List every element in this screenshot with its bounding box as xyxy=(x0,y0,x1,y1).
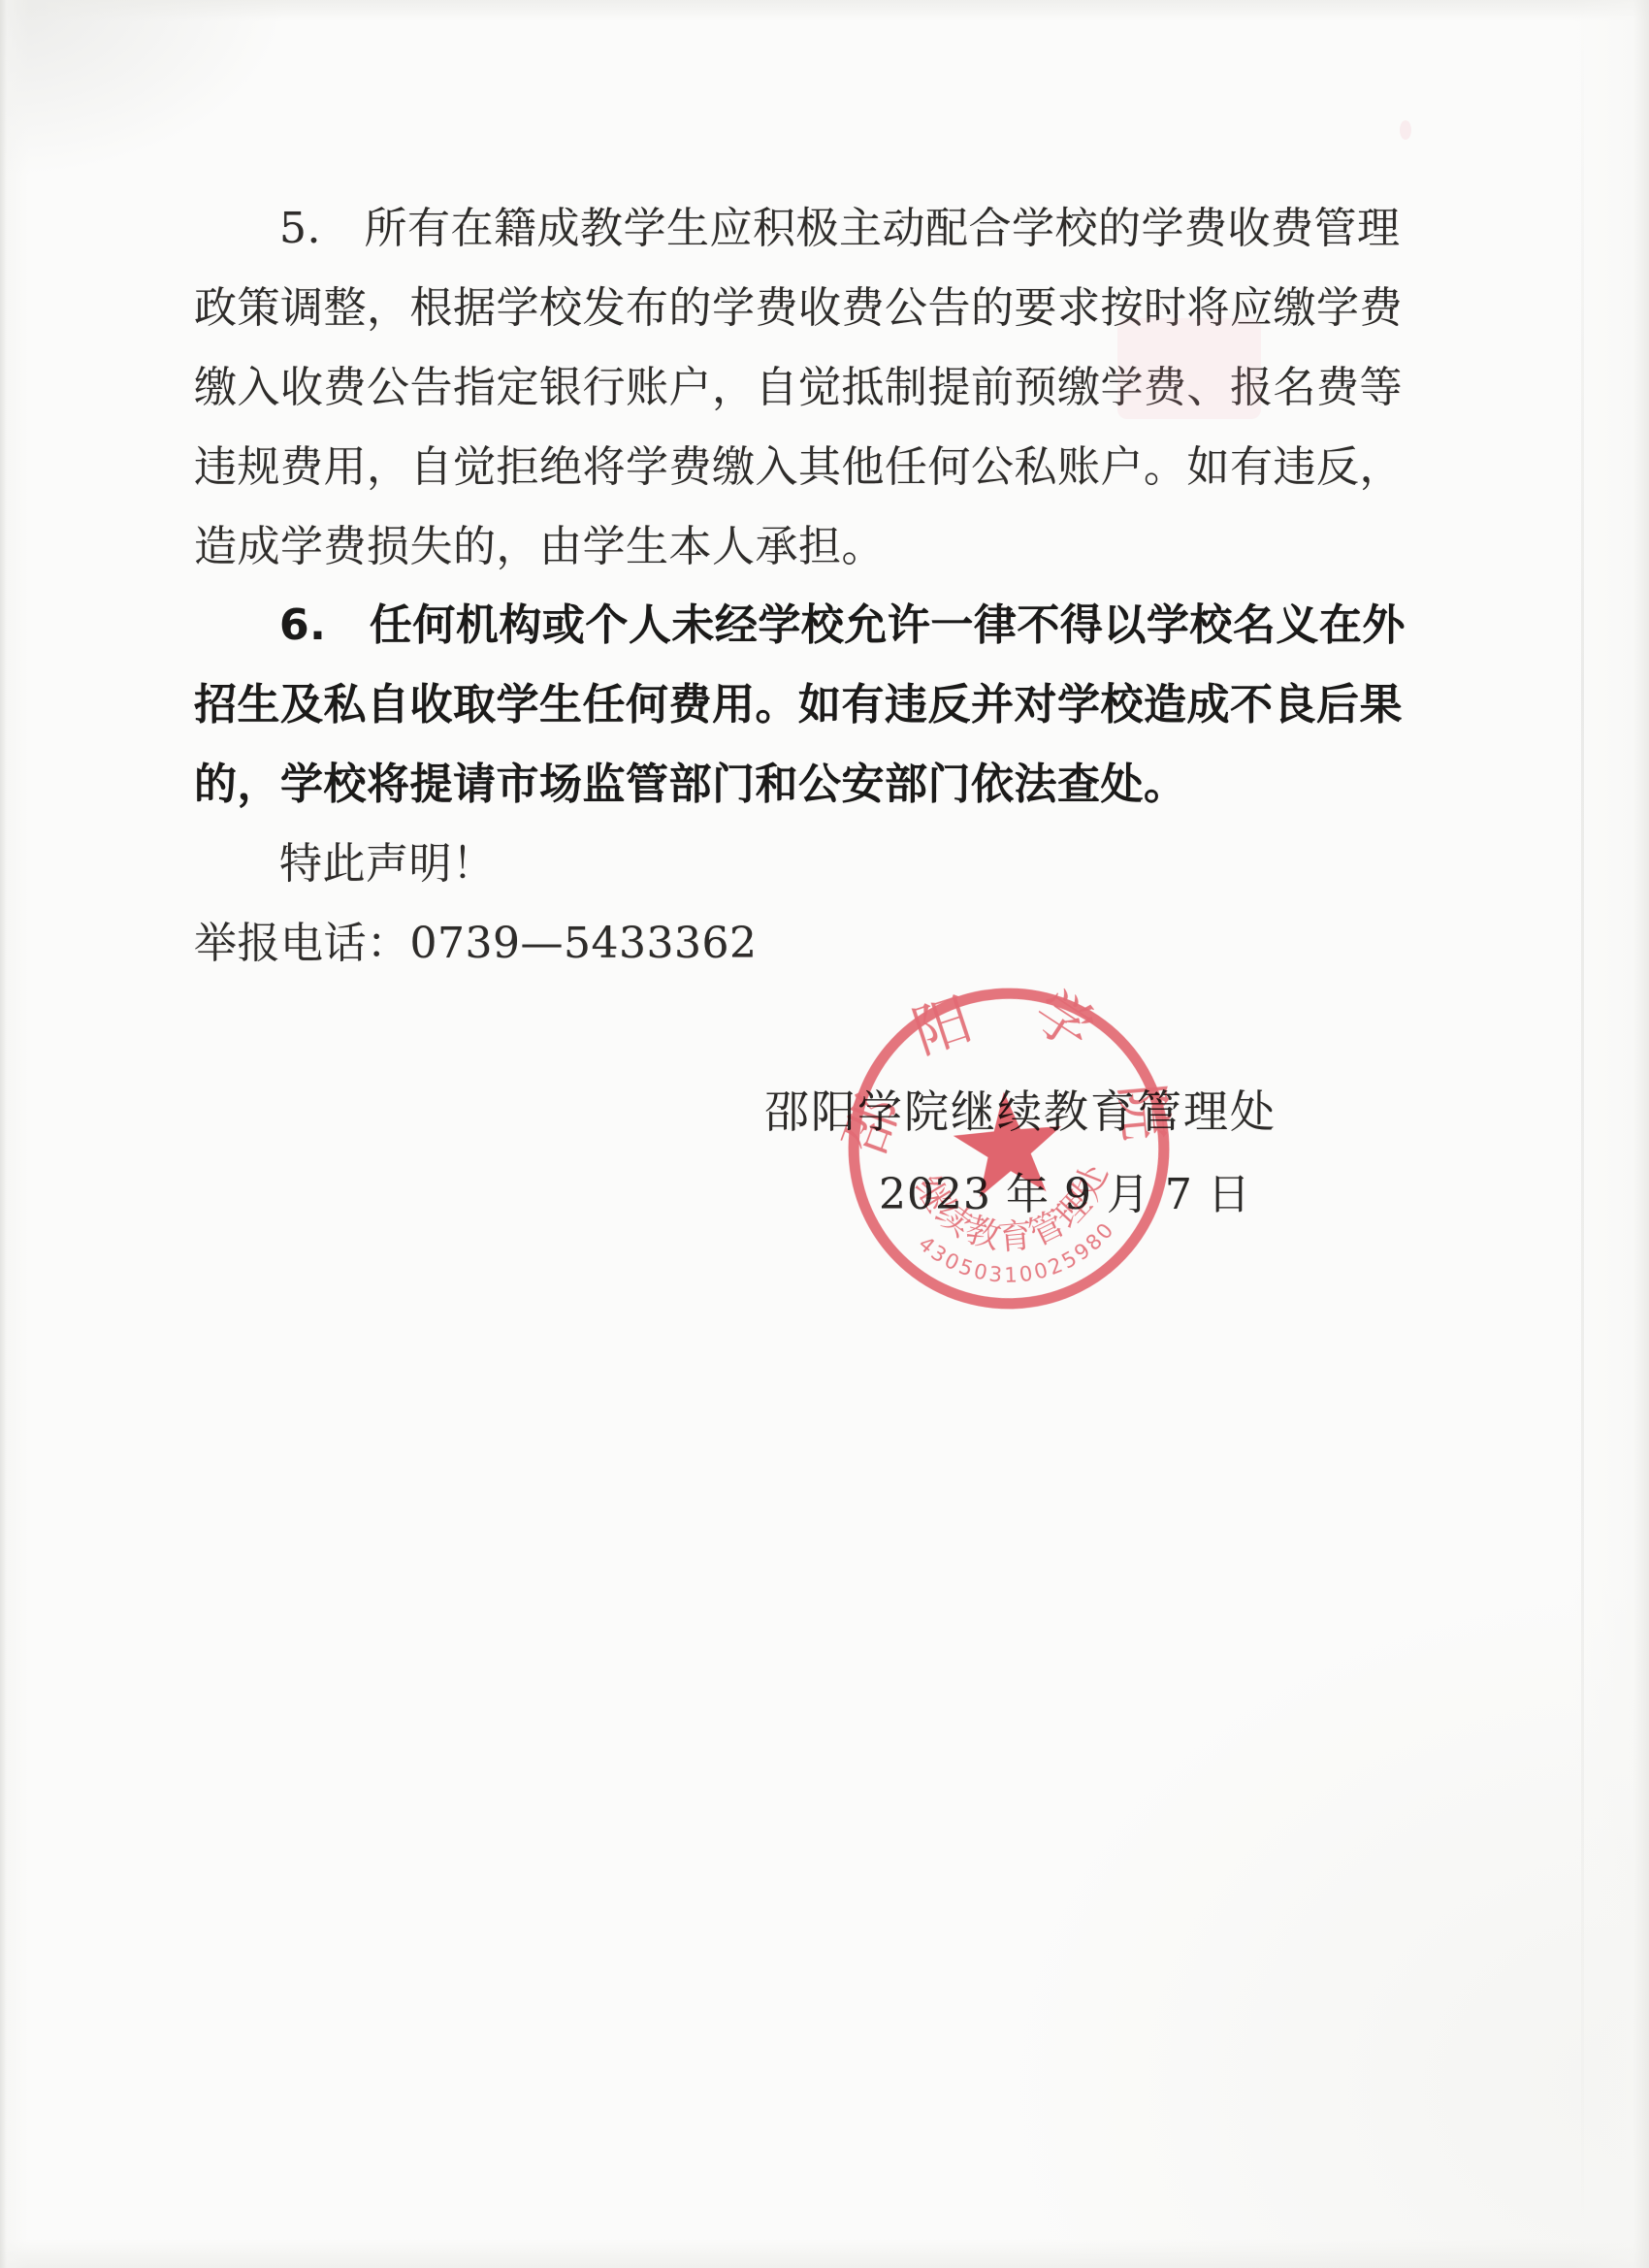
paragraph-6-line-1: 6. 任何机构或个人未经学校允许一律不得以学校名义在外 xyxy=(194,586,1402,665)
official-seal: 邵阳学院 继续教育管理处 43050310025980 xyxy=(828,968,1190,1330)
declaration-statement: 特此声明！ xyxy=(194,825,1402,904)
paragraph-5-line-5: 造成学费损失的，由学生本人承担。 xyxy=(194,507,1402,587)
ink-bleed-mark xyxy=(1117,318,1261,419)
paragraph-6-line-3: 的，学校将提请市场监管部门和公安部门依法查处。 xyxy=(194,745,1402,825)
report-phone-line: 举报电话：0739—5433362 xyxy=(194,904,1402,984)
paragraph-5-line-1: 5. 所有在籍成教学生应积极主动配合学校的学费收费管理 xyxy=(194,189,1402,269)
seal-org-arc-text: 邵阳学院 xyxy=(828,968,1183,1217)
paragraph-6-line-2: 招生及私自收取学生任何费用。如有违反并对学校造成不良后果 xyxy=(194,665,1402,745)
svg-text:邵阳学院: 邵阳学院 xyxy=(828,968,1183,1217)
star-icon xyxy=(950,1087,1067,1199)
scanned-document-page: 5. 所有在籍成教学生应积极主动配合学校的学费收费管理 政策调整，根据学校发布的… xyxy=(0,0,1649,2268)
ink-bleed-dot xyxy=(1400,120,1411,140)
paragraph-5-line-4: 违规费用，自觉拒绝将学费缴入其他任何公私账户。如有违反， xyxy=(194,428,1402,507)
paper-crease-shadow xyxy=(1581,0,1584,2268)
